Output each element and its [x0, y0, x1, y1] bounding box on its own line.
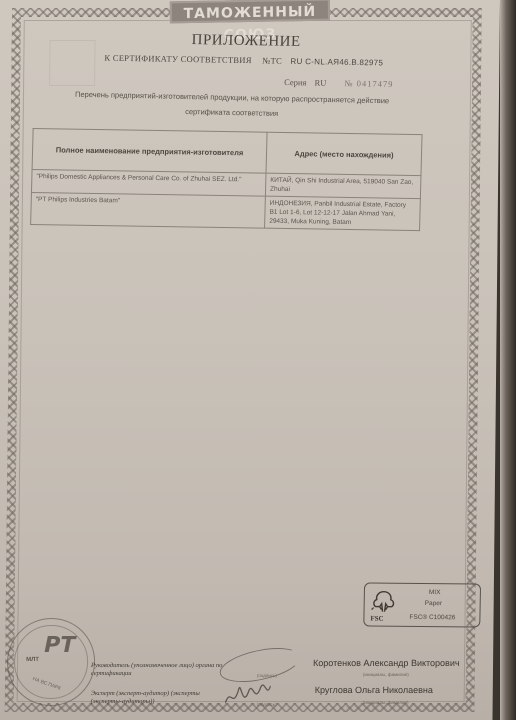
- head-name: Коротенков Александр Викторович: [313, 658, 460, 668]
- expert-name: Круглова Ольга Николаевна: [315, 685, 433, 695]
- fsc-paper: Paper: [425, 600, 442, 607]
- table-row: "PT Philips Industries Batam" ИНДОНЕЗИЯ,…: [31, 192, 421, 230]
- stamp-bottom-text: НА ВС ПАРК: [32, 676, 62, 692]
- fsc-label: FSC MIX Paper FSC® C100426: [363, 582, 481, 627]
- header-manufacturer-name: Полное наименование предприятия-изготови…: [32, 129, 267, 174]
- signature-caption: (подпись): [257, 702, 277, 707]
- series-number: № 0417479: [344, 78, 393, 89]
- table-header-row: Полное наименование предприятия-изготови…: [32, 129, 422, 176]
- stamp-abbreviation: МЛТ: [26, 657, 39, 663]
- header-address: Адрес (место нахождения): [266, 132, 422, 175]
- manufacturers-table: Полное наименование предприятия-изготови…: [30, 128, 422, 231]
- expert-signature: [223, 675, 273, 713]
- number-label: №ТС: [262, 55, 282, 65]
- name-caption: (инициалы, фамилия): [363, 672, 409, 677]
- series-label: Серия: [284, 77, 307, 87]
- fsc-tree-icon: [370, 588, 397, 616]
- background-edge: [500, 0, 516, 720]
- certificate-paper: ТАМОЖЕННЫЙ СОЮЗ ПРИЛОЖЕНИЕ К СЕРТИФИКАТУ…: [0, 0, 500, 720]
- manufacturer-address: ИНДОНЕЗИЯ, Panbil Industrial Estate, Fac…: [265, 196, 421, 230]
- manufacturer-name: "PT Philips Industries Batam": [31, 192, 266, 228]
- certificate-number: RU C-NL.AЯ46.B.82975: [290, 57, 383, 68]
- signature-caption: (подпись): [257, 673, 277, 678]
- name-caption: (инициалы, фамилия): [363, 700, 409, 705]
- document-title: ПРИЛОЖЕНИЕ: [191, 32, 301, 51]
- manufacturer-address: КИТАЙ, Qin Shi Industrial Area, 519040 S…: [265, 173, 421, 198]
- series-line: Серия RU № 0417479: [284, 77, 394, 89]
- fsc-logo-text: FSC: [370, 615, 383, 623]
- fsc-mix: MIX: [429, 589, 441, 596]
- series-value: RU: [314, 78, 326, 88]
- fsc-code: FSC® C100426: [409, 614, 455, 621]
- head-role-label: Руководитель (уполномоченное лицо) орган…: [91, 662, 231, 678]
- stamp-logo-icon: РТ: [44, 633, 84, 663]
- expert-role-label: Эксперт (эксперт-аудитор) (эксперты (экс…: [91, 690, 231, 706]
- customs-union-banner: ТАМОЖЕННЫЙ СОЮЗ: [170, 0, 330, 23]
- watermark: [49, 40, 95, 86]
